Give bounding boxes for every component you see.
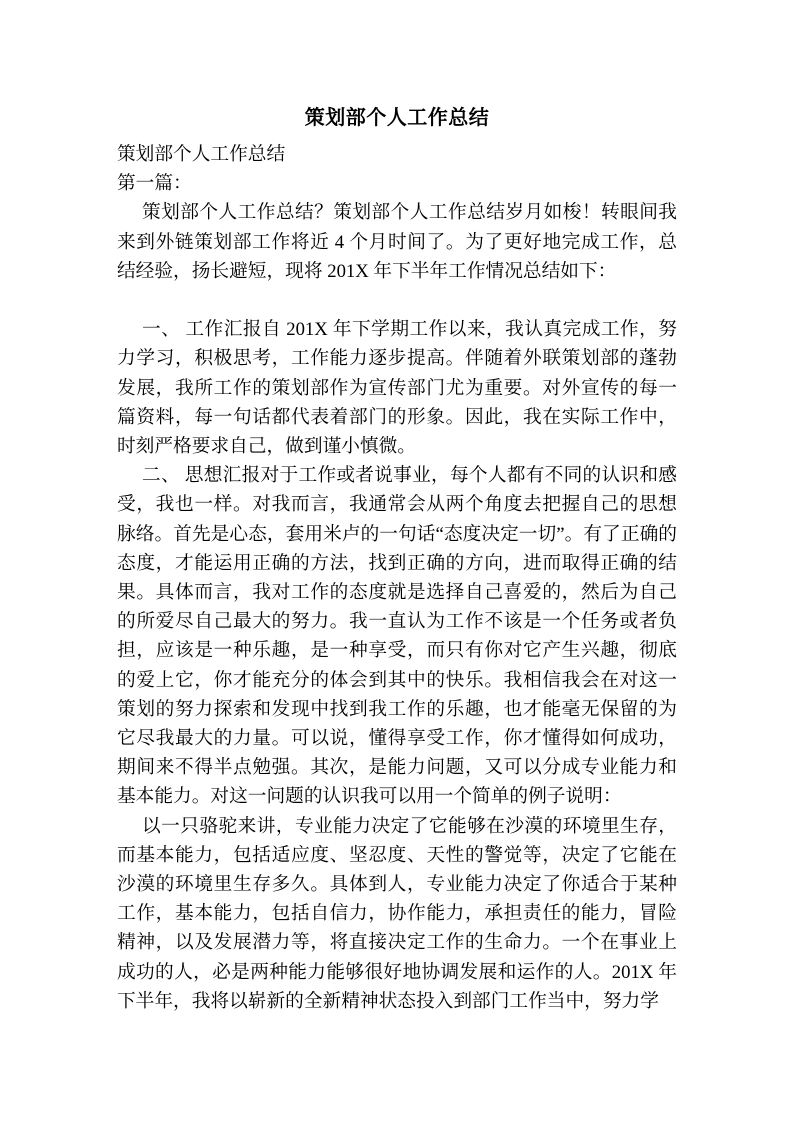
section-label-line: 第一篇： — [117, 169, 677, 198]
document-title: 策划部个人工作总结 — [117, 96, 677, 140]
paragraph-work-report: 一、 工作汇报自 201X 年下学期工作以来，我认真完成工作，努力学习，积极思考… — [117, 315, 677, 461]
document-body: 策划部个人工作总结 第一篇： 策划部个人工作总结？策划部个人工作总结岁月如梭！转… — [117, 140, 677, 1016]
subtitle-line: 策划部个人工作总结 — [117, 140, 677, 169]
paragraph-camel-example: 以一只骆驼来讲，专业能力决定了它能够在沙漠的环境里生存，而基本能力，包括适应度、… — [117, 812, 677, 1016]
paragraph-thought-report: 二、 思想汇报对于工作或者说事业，每个人都有不同的认识和感受，我也一样。对我而言… — [117, 461, 677, 811]
paragraph-intro: 策划部个人工作总结？策划部个人工作总结岁月如梭！转眼间我来到外链策划部工作将近 … — [117, 198, 677, 286]
document-page: 策划部个人工作总结 策划部个人工作总结 第一篇： 策划部个人工作总结？策划部个人… — [0, 0, 794, 1123]
blank-line — [117, 286, 677, 315]
